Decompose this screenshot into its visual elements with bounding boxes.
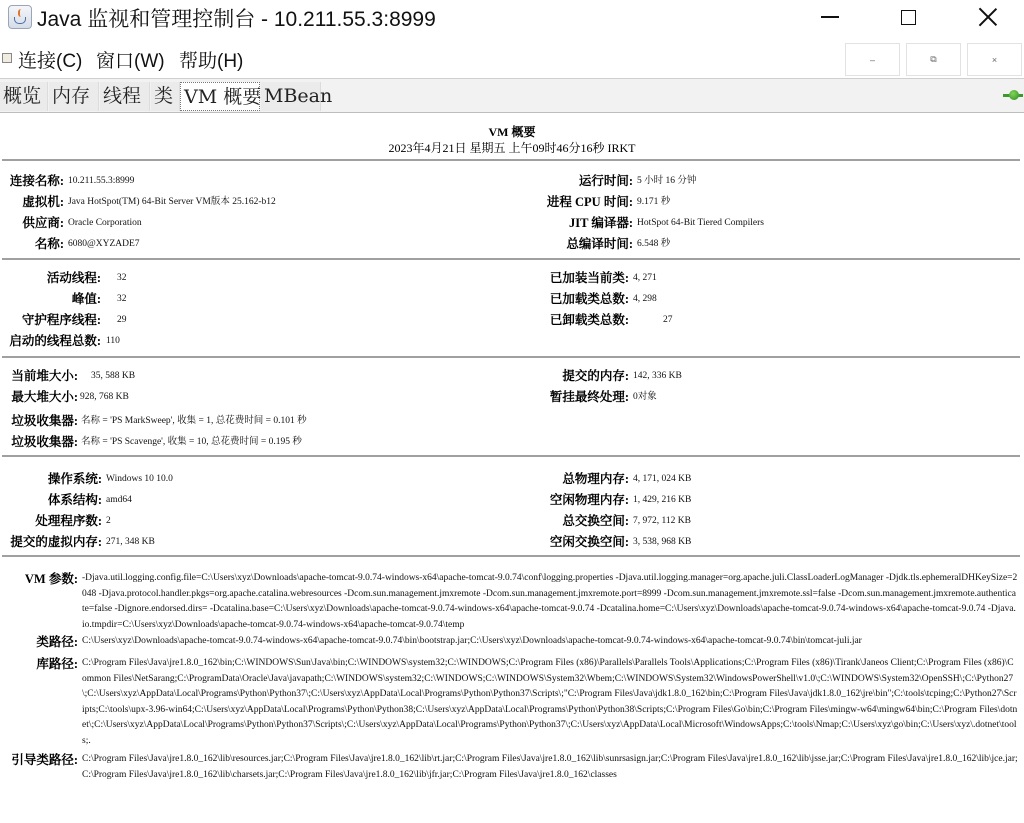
tab-strip: 概览 内存 线程 类 VM 概要 MBean xyxy=(0,78,1024,113)
info-row: 暂挂最终处理:0对象 xyxy=(0,388,1024,406)
info-value: 9.171 秒 xyxy=(637,193,670,211)
divider xyxy=(2,455,1020,457)
path-value: C:\Program Files\Java\jre1.8.0_162\bin;C… xyxy=(82,656,1018,750)
info-value: 4, 271 xyxy=(633,269,657,287)
info-label: 垃圾收集器: xyxy=(11,412,78,430)
info-value: 4, 298 xyxy=(633,290,657,308)
info-label: 空闲交换空间: xyxy=(550,533,629,551)
path-label: VM 参数: xyxy=(0,569,78,587)
info-row: 已加装当前类:4, 271 xyxy=(0,269,1024,287)
window-title-bar: Java 监视和管理控制台 - 10.211.55.3:8999 xyxy=(0,0,1024,36)
info-value: 6.548 秒 xyxy=(637,235,670,253)
info-row: 运行时间:5 小时 16 分钟 xyxy=(0,172,1024,190)
info-label: 已卸载类总数: xyxy=(550,311,629,329)
info-row: 空闲物理内存:1, 429, 216 KB xyxy=(0,491,1024,509)
restore-icon: ⧉ xyxy=(930,54,936,65)
path-value: C:\Users\xyz\Downloads\apache-tomcat-9.0… xyxy=(82,634,1018,650)
info-value: 5 小时 16 分钟 xyxy=(637,172,696,190)
java-small-icon[interactable] xyxy=(2,53,12,63)
vm-summary-panel: VM 概要 2023年4月21日 星期五 上午09时46分16秒 IRKT 连接… xyxy=(0,114,1024,823)
java-coffee-cup-icon xyxy=(8,5,32,29)
info-value: 名称 = 'PS MarkSweep', 收集 = 1, 总花费时间 = 0.1… xyxy=(81,412,307,430)
path-value: C:\Program Files\Java\jre1.8.0_162\lib\r… xyxy=(82,752,1018,783)
maximize-button[interactable] xyxy=(878,0,938,34)
divider xyxy=(2,258,1020,260)
info-row: 总编译时间:6.548 秒 xyxy=(0,235,1024,253)
close-button[interactable] xyxy=(958,0,1018,34)
info-label: 总物理内存: xyxy=(562,470,629,488)
info-row: 垃圾收集器:名称 = 'PS MarkSweep', 收集 = 1, 总花费时间… xyxy=(0,412,1024,430)
info-label: 已加载类总数: xyxy=(550,290,629,308)
tab-memory[interactable]: 内存 xyxy=(49,82,99,111)
menu-connection[interactable]: 连接(C) xyxy=(18,46,82,73)
info-label: 提交的内存: xyxy=(562,367,629,385)
path-label: 引导类路径: xyxy=(0,750,78,768)
info-row: 总交换空间:7, 972, 112 KB xyxy=(0,512,1024,530)
info-row: 启动的线程总数:110 xyxy=(0,332,1024,350)
info-label: 进程 CPU 时间: xyxy=(547,193,633,211)
tab-classes[interactable]: 类 xyxy=(151,82,180,111)
info-value: 7, 972, 112 KB xyxy=(633,512,691,530)
tab-mbean[interactable]: MBean xyxy=(261,82,321,111)
minimize-icon: – xyxy=(870,55,875,65)
info-label: JIT 编译器: xyxy=(569,214,633,232)
info-label: 总交换空间: xyxy=(562,512,629,530)
path-value: -Djava.util.logging.config.file=C:\Users… xyxy=(82,571,1018,633)
tab-overview[interactable]: 概览 xyxy=(0,82,48,111)
info-row: 进程 CPU 时间:9.171 秒 xyxy=(0,193,1024,211)
minimize-button[interactable] xyxy=(800,0,860,34)
info-value: 4, 171, 024 KB xyxy=(633,470,691,488)
divider xyxy=(2,356,1020,358)
info-value: 0对象 xyxy=(633,388,657,406)
info-row: 垃圾收集器:名称 = 'PS Scavenge', 收集 = 10, 总花费时间… xyxy=(0,433,1024,451)
info-label: 已加装当前类: xyxy=(550,269,629,287)
info-value: 3, 538, 968 KB xyxy=(633,533,691,551)
info-value: 110 xyxy=(106,332,120,350)
summary-title: VM 概要 xyxy=(0,123,1024,140)
info-row: 提交的内存:142, 336 KB xyxy=(0,367,1024,385)
info-label: 运行时间: xyxy=(579,172,633,190)
info-value: 1, 429, 216 KB xyxy=(633,491,691,509)
divider xyxy=(2,159,1020,161)
tab-threads[interactable]: 线程 xyxy=(100,82,150,111)
menu-window[interactable]: 窗口(W) xyxy=(96,46,165,73)
inner-close-button[interactable]: × xyxy=(967,43,1022,76)
info-value: 27 xyxy=(663,311,673,329)
close-icon xyxy=(978,7,998,27)
inner-restore-button[interactable]: ⧉ xyxy=(906,43,961,76)
path-label: 库路径: xyxy=(0,654,78,672)
info-label: 垃圾收集器: xyxy=(11,433,78,451)
info-row: 已加载类总数:4, 298 xyxy=(0,290,1024,308)
maximize-icon xyxy=(901,10,916,25)
info-value: HotSpot 64-Bit Tiered Compilers xyxy=(637,214,764,232)
info-label: 空闲物理内存: xyxy=(550,491,629,509)
info-label: 启动的线程总数: xyxy=(9,332,101,350)
info-row: 已卸载类总数:27 xyxy=(0,311,1024,329)
close-icon: × xyxy=(992,55,997,65)
inner-minimize-button[interactable]: – xyxy=(845,43,900,76)
info-value: 142, 336 KB xyxy=(633,367,682,385)
info-value: 名称 = 'PS Scavenge', 收集 = 10, 总花费时间 = 0.1… xyxy=(81,433,302,451)
menu-help[interactable]: 帮助(H) xyxy=(179,46,243,73)
info-label: 暂挂最终处理: xyxy=(550,388,629,406)
info-row: 总物理内存:4, 171, 024 KB xyxy=(0,470,1024,488)
info-row: JIT 编译器:HotSpot 64-Bit Tiered Compilers xyxy=(0,214,1024,232)
connected-plug-icon xyxy=(1003,91,1023,99)
tab-vm-summary[interactable]: VM 概要 xyxy=(180,82,260,111)
window-title: Java 监视和管理控制台 - 10.211.55.3:8999 xyxy=(37,3,436,33)
minimize-icon xyxy=(821,16,839,18)
divider xyxy=(2,555,1020,557)
info-row: 空闲交换空间:3, 538, 968 KB xyxy=(0,533,1024,551)
info-label: 总编译时间: xyxy=(566,235,633,253)
path-label: 类路径: xyxy=(0,632,78,650)
summary-datetime: 2023年4月21日 星期五 上午09时46分16秒 IRKT xyxy=(0,139,1024,156)
